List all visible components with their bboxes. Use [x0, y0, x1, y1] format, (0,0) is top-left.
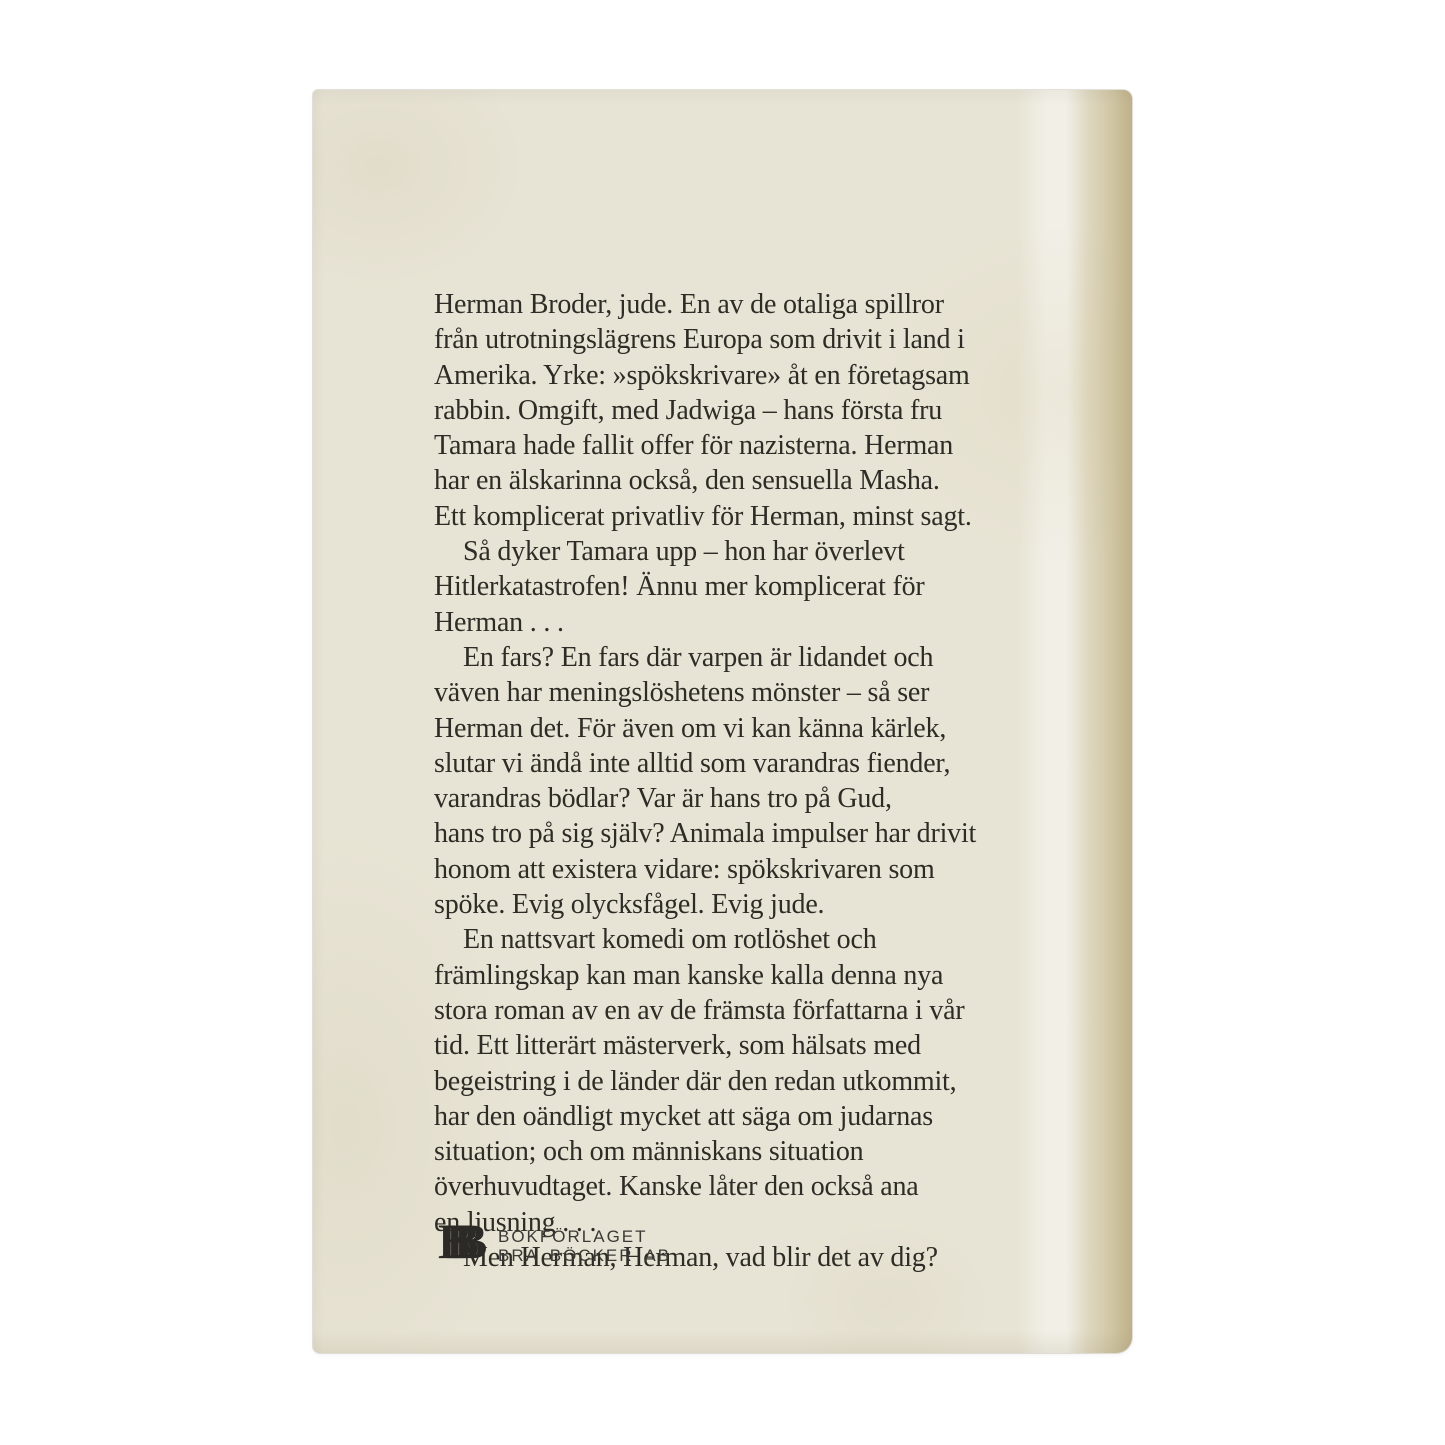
- blurb-line: Herman . . .: [434, 605, 1124, 640]
- blurb-line: slutar vi ändå inte alltid som varandras…: [434, 746, 1124, 781]
- blurb-line: har en älskarinna också, den sensuella M…: [434, 463, 1124, 498]
- blurb-line: situation; och om människans situation: [434, 1134, 1124, 1169]
- book-back-cover: Herman Broder, jude. En av de otaliga sp…: [313, 90, 1132, 1353]
- blurb-line: stora roman av en av de främsta författa…: [434, 993, 1124, 1028]
- blurb-line: En fars? En fars där varpen är lidandet …: [434, 640, 1124, 675]
- blurb-line: varandras bödlar? Var är hans tro på Gud…: [434, 781, 1124, 816]
- blurb-line: spöke. Evig olycksfågel. Evig jude.: [434, 887, 1124, 922]
- blurb-line: Herman Broder, jude. En av de otaliga sp…: [434, 287, 1124, 322]
- blurb-line: från utrotningslägrens Europa som drivit…: [434, 322, 1124, 357]
- blurb-line: överhuvudtaget. Kanske låter den också a…: [434, 1169, 1124, 1204]
- logo-letter-b: B: [454, 1216, 487, 1266]
- blurb-line: begeistring i de länder där den redan ut…: [434, 1064, 1124, 1099]
- blurb-line: rabbin. Omgift, med Jadwiga – hans först…: [434, 393, 1124, 428]
- publisher-name: BOKFÖRLAGET BRA BÖCKER AB: [498, 1225, 671, 1265]
- publisher-block: B B B BOKFÖRLAGET BRA BÖCKER AB: [438, 1225, 671, 1273]
- blurb-line: hans tro på sig själv? Animala impulser …: [434, 816, 1124, 851]
- blurb-line: En nattsvart komedi om rotlöshet och: [434, 922, 1124, 957]
- blurb-line: Hitlerkatastrofen! Ännu mer komplicerat …: [434, 569, 1124, 604]
- blurb-line: honom att existera vidare: spökskrivaren…: [434, 852, 1124, 887]
- blurb-line: har den oändligt mycket att säga om juda…: [434, 1099, 1124, 1134]
- blurb-line: tid. Ett litterärt mästerverk, som hälsa…: [434, 1028, 1124, 1063]
- blurb-line: Så dyker Tamara upp – hon har överlevt: [434, 534, 1124, 569]
- publisher-logo-bbb-icon: B B B: [438, 1225, 498, 1273]
- blurb-line: väven har meningslöshetens mönster – så …: [434, 675, 1124, 710]
- blurb-line: Tamara hade fallit offer för nazisterna.…: [434, 428, 1124, 463]
- publisher-name-line2: BRA BÖCKER AB: [498, 1246, 671, 1265]
- publisher-name-line1: BOKFÖRLAGET: [498, 1227, 671, 1246]
- blurb-text: Herman Broder, jude. En av de otaliga sp…: [434, 287, 1124, 1275]
- photo-background: Herman Broder, jude. En av de otaliga sp…: [0, 0, 1445, 1445]
- blurb-line: Herman det. För även om vi kan känna kär…: [434, 711, 1124, 746]
- blurb-line: främlingskap kan man kanske kalla denna …: [434, 958, 1124, 993]
- blurb-line: Amerika. Yrke: »spökskrivare» åt en före…: [434, 358, 1124, 393]
- blurb-line: Ett komplicerat privatliv för Herman, mi…: [434, 499, 1124, 534]
